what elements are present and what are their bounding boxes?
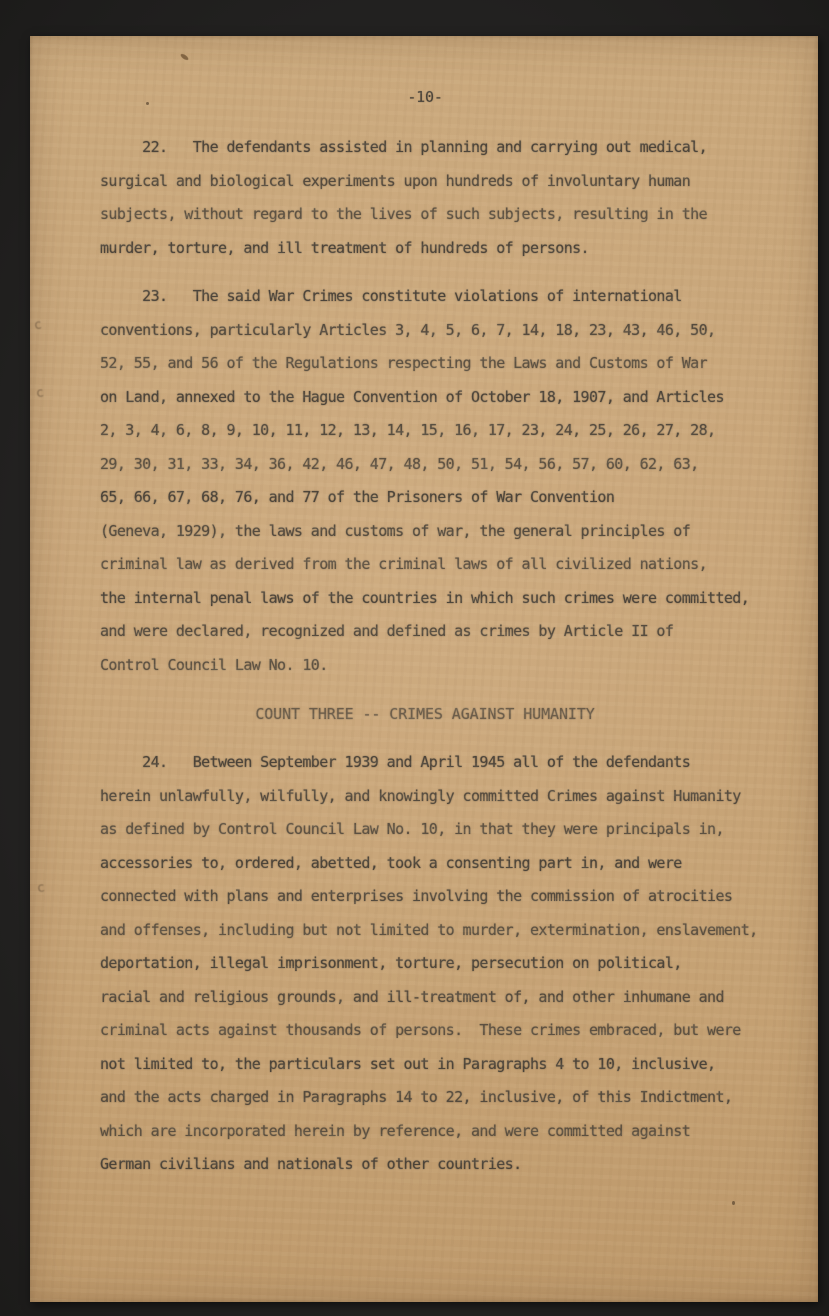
text-line: and offenses, including but not limited … — [100, 914, 818, 948]
ink-speck — [732, 1201, 735, 1205]
text-line: not limited to, the particulars set out … — [100, 1048, 818, 1082]
text-line: 22. The defendants assisted in planning … — [100, 131, 818, 165]
text-line: 24. Between September 1939 and April 194… — [100, 746, 818, 780]
text-line: connected with plans and enterprises inv… — [100, 880, 818, 914]
text-line: criminal acts against thousands of perso… — [100, 1014, 818, 1048]
text-line: accessories to, ordered, abetted, took a… — [100, 847, 818, 881]
text-line: Control Council Law No. 10. — [100, 649, 818, 683]
text-line: 65, 66, 67, 68, 76, and 77 of the Prison… — [100, 481, 818, 515]
page-content: -10- 22. The defendants assisted in plan… — [30, 36, 818, 1182]
text-line: racial and religious grounds, and ill-tr… — [100, 981, 818, 1015]
text-line: which are incorporated herein by referen… — [100, 1115, 818, 1149]
text-line: as defined by Control Council Law No. 10… — [100, 813, 818, 847]
text-line: (Geneva, 1929), the laws and customs of … — [100, 515, 818, 549]
text-line: 23. The said War Crimes constitute viola… — [100, 280, 818, 314]
text-line: subjects, without regard to the lives of… — [100, 198, 818, 232]
document-page: c c c -10- 22. The defendants assisted i… — [30, 36, 818, 1302]
text-line: on Land, annexed to the Hague Convention… — [100, 381, 818, 415]
count-three-heading: COUNT THREE -- CRIMES AGAINST HUMANITY — [100, 697, 750, 731]
page-number: -10- — [100, 80, 750, 114]
text-line: surgical and biological experiments upon… — [100, 165, 818, 199]
text-line: 29, 30, 31, 33, 34, 36, 42, 46, 47, 48, … — [100, 448, 818, 482]
text-line: deportation, illegal imprisonment, tortu… — [100, 947, 818, 981]
text-line: and the acts charged in Paragraphs 14 to… — [100, 1081, 818, 1115]
text-line: the internal penal laws of the countries… — [100, 582, 818, 616]
scan-backdrop: c c c -10- 22. The defendants assisted i… — [0, 0, 829, 1316]
paragraph-24-crimes-against-humanity: 24. Between September 1939 and April 194… — [100, 746, 818, 1182]
text-line: 52, 55, and 56 of the Regulations respec… — [100, 347, 818, 381]
text-line: conventions, particularly Articles 3, 4,… — [100, 314, 818, 348]
text-line: German civilians and nationals of other … — [100, 1148, 818, 1182]
paragraph-23-convention-violations: 23. The said War Crimes constitute viola… — [100, 280, 818, 682]
text-line: herein unlawfully, wilfully, and knowing… — [100, 780, 818, 814]
text-line: criminal law as derived from the crimina… — [100, 548, 818, 582]
text-line: 2, 3, 4, 6, 8, 9, 10, 11, 12, 13, 14, 15… — [100, 414, 818, 448]
text-line: and were declared, recognized and define… — [100, 615, 818, 649]
paragraph-22-war-crimes-experiments: 22. The defendants assisted in planning … — [100, 131, 818, 265]
text-line: murder, torture, and ill treatment of hu… — [100, 232, 818, 266]
